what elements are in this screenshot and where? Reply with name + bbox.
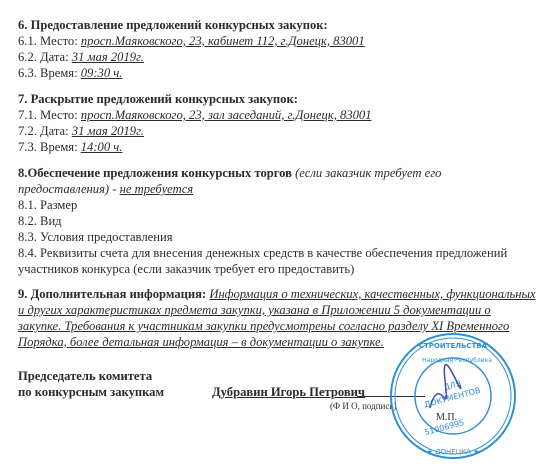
section6-time: 6.3. Время: 09:30 ч. [18,65,122,81]
section7-place: 7.1. Место: просп.Маяковского, 23, зал з… [18,107,372,123]
label: 7.1. Место: [18,108,81,122]
section7-heading: 7. Раскрытие предложений конкурсных заку… [18,91,298,107]
svg-text:51006995: 51006995 [424,418,466,437]
value: 14:00 ч. [81,140,123,154]
value: 31 мая 2019г. [72,50,144,64]
section8-item: 8.1. Размер [18,197,77,213]
signer-title: по конкурсным закупкам [18,384,164,400]
section9-line: Порядка, более детальная информация – в … [18,334,384,350]
section6-place: 6.1. Место: просп.Маяковского, 23, кабин… [18,33,365,49]
section6-heading: 6. Предоставление предложений конкурсных… [18,17,328,33]
official-stamp-icon: ДЛЯ ДОКУМЕНТОВ 51006995 СТРОИТЕЛЬСТВА На… [385,330,520,462]
label: 7.3. Время: [18,140,81,154]
section7-time: 7.3. Время: 14:00 ч. [18,139,122,155]
value: Информация о технических, качественных, … [209,287,535,301]
svg-text:Народная Республика: Народная Республика [422,357,492,364]
section8-item: 8.3. Условия предоставления [18,229,172,245]
section7-date: 7.2. Дата: 31 мая 2019г. [18,123,144,139]
note: (если заказчик требует его [292,166,442,180]
section9-line: и других характеристиках предмета закупк… [18,302,528,318]
svg-text:★ ДОНЕЦКА ★: ★ ДОНЕЦКА ★ [427,448,480,456]
label: 6.3. Время: [18,66,81,80]
value: просп.Маяковского, 23, кабинет 112, г.До… [81,34,365,48]
note: предоставления) - [18,182,120,196]
section8-item: 8.2. Вид [18,213,62,229]
value: не требуется [120,182,194,196]
value: 31 мая 2019г. [72,124,144,138]
section6-date: 6.2. Дата: 31 мая 2019г. [18,49,144,65]
signer-title: Председатель комитета [18,368,152,384]
section8-item: участников конкурса (если заказчик требу… [18,261,354,277]
section8-note: предоставления) - не требуется [18,181,193,197]
value: просп.Маяковского, 23, зал заседаний, г.… [81,108,372,122]
label: 7.2. Дата: [18,124,72,138]
svg-text:СТРОИТЕЛЬСТВА: СТРОИТЕЛЬСТВА [419,342,488,350]
section8-item: 8.4. Реквизиты счета для внесения денежн… [18,245,507,261]
label: 6.2. Дата: [18,50,72,64]
value: 09:30 ч. [81,66,123,80]
label: 6.1. Место: [18,34,81,48]
section9-line: 9. Дополнительная информация: Информация… [18,286,536,302]
heading: 8.Обеспечение предложения конкурсных тор… [18,166,292,180]
heading: 9. Дополнительная информация: [18,287,206,301]
section8-heading: 8.Обеспечение предложения конкурсных тор… [18,165,441,181]
